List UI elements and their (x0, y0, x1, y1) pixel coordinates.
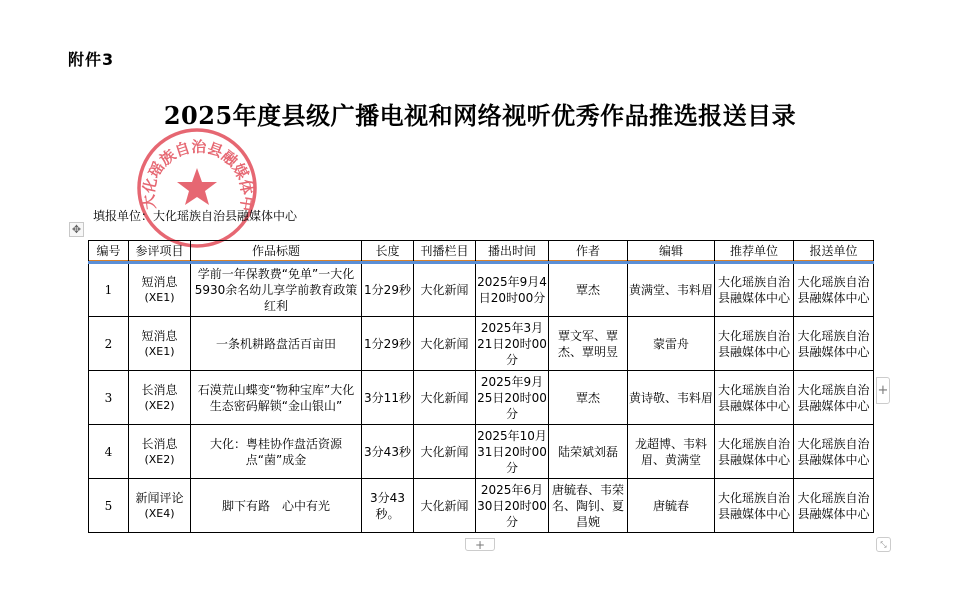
cell-no[interactable]: 3 (89, 371, 129, 425)
cell-length[interactable]: 3分43秒 (362, 425, 414, 479)
category-code: (XE1) (130, 344, 189, 360)
attachment-label: 附件3 (68, 47, 114, 70)
cell-recommender[interactable]: 大化瑶族自治县融媒体中心 (715, 263, 794, 317)
category-name: 新闻评论 (130, 490, 189, 506)
cell-length[interactable]: 3分43秒。 (362, 479, 414, 533)
cell-category[interactable]: 短消息(XE1) (129, 263, 191, 317)
header-author: 作者 (549, 241, 628, 263)
table-row: 3 长消息(XE2) 石漠荒山蝶变“物种宝库”大化生态密码解锁“金山银山” 3分… (89, 371, 874, 425)
cell-title[interactable]: 学前一年保教费“免单”一大化5930余名幼儿享学前教育政策红利 (191, 263, 362, 317)
cell-length[interactable]: 1分29秒 (362, 263, 414, 317)
cell-title[interactable]: 石漠荒山蝶变“物种宝库”大化生态密码解锁“金山银山” (191, 371, 362, 425)
category-name: 短消息 (130, 328, 189, 344)
add-row-button[interactable]: + (465, 538, 495, 551)
cell-length[interactable]: 1分29秒 (362, 317, 414, 371)
cell-author[interactable]: 覃文军、覃杰、覃明昱 (549, 317, 628, 371)
cell-column[interactable]: 大化新闻 (414, 371, 476, 425)
svg-text:大化瑶族自治县融媒体中心: 大化瑶族自治县融媒体中心 (135, 126, 256, 213)
category-code: (XE4) (130, 506, 189, 522)
cell-column[interactable]: 大化新闻 (414, 317, 476, 371)
cell-submitter[interactable]: 大化瑶族自治县融媒体中心 (794, 371, 874, 425)
cell-no[interactable]: 2 (89, 317, 129, 371)
cell-no[interactable]: 4 (89, 425, 129, 479)
table-row: 2 短消息(XE1) 一条机耕路盘活百亩田 1分29秒 大化新闻 2025年3月… (89, 317, 874, 371)
table-resize-handle-icon[interactable]: ⤡ (876, 537, 891, 552)
cell-category[interactable]: 短消息(XE1) (129, 317, 191, 371)
table-row: 1 短消息(XE1) 学前一年保教费“免单”一大化5930余名幼儿享学前教育政策… (89, 263, 874, 317)
table-move-handle-icon[interactable]: ✥ (69, 222, 84, 237)
cell-category[interactable]: 新闻评论(XE4) (129, 479, 191, 533)
cell-submitter[interactable]: 大化瑶族自治县融媒体中心 (794, 479, 874, 533)
header-category: 参评项目 (129, 241, 191, 263)
category-code: (XE2) (130, 452, 189, 468)
official-seal-icon: 大化瑶族自治县融媒体中心 (135, 126, 259, 250)
cell-air-time[interactable]: 2025年3月21日20时00分 (476, 317, 549, 371)
cell-column[interactable]: 大化新闻 (414, 479, 476, 533)
cell-author[interactable]: 覃杰 (549, 371, 628, 425)
cell-submitter[interactable]: 大化瑶族自治县融媒体中心 (794, 425, 874, 479)
category-code: (XE2) (130, 398, 189, 414)
header-editor: 编辑 (628, 241, 715, 263)
cell-editor[interactable]: 黄满堂、韦料眉 (628, 263, 715, 317)
cell-air-time[interactable]: 2025年9月25日20时00分 (476, 371, 549, 425)
cell-submitter[interactable]: 大化瑶族自治县融媒体中心 (794, 317, 874, 371)
header-column: 刊播栏目 (414, 241, 476, 263)
catalog-table: 编号 参评项目 作品标题 长度 刊播栏目 播出时间 作者 编辑 推荐单位 报送单… (88, 240, 874, 533)
cell-recommender[interactable]: 大化瑶族自治县融媒体中心 (715, 425, 794, 479)
header-length: 长度 (362, 241, 414, 263)
cell-air-time[interactable]: 2025年9月4日20时00分 (476, 263, 549, 317)
cell-editor[interactable]: 龙超博、韦料眉、黄满堂 (628, 425, 715, 479)
cell-air-time[interactable]: 2025年6月30日20时00分 (476, 479, 549, 533)
cell-author[interactable]: 唐毓春、韦荣名、陶钊、夏昌婉 (549, 479, 628, 533)
cell-recommender[interactable]: 大化瑶族自治县融媒体中心 (715, 479, 794, 533)
cell-author[interactable]: 陆荣斌刘磊 (549, 425, 628, 479)
category-name: 长消息 (130, 436, 189, 452)
table-row: 5 新闻评论(XE4) 脚下有路 心中有光 3分43秒。 大化新闻 2025年6… (89, 479, 874, 533)
cell-title[interactable]: 大化：粤桂协作盘活资源点“菌”成金 (191, 425, 362, 479)
header-no: 编号 (89, 241, 129, 263)
cell-column[interactable]: 大化新闻 (414, 425, 476, 479)
category-name: 长消息 (130, 382, 189, 398)
table-row: 4 长消息(XE2) 大化：粤桂协作盘活资源点“菌”成金 3分43秒 大化新闻 … (89, 425, 874, 479)
cell-column[interactable]: 大化新闻 (414, 263, 476, 317)
category-code: (XE1) (130, 290, 189, 306)
cell-category[interactable]: 长消息(XE2) (129, 425, 191, 479)
cell-title[interactable]: 一条机耕路盘活百亩田 (191, 317, 362, 371)
document-title: 2025年度县级广播电视和网络视听优秀作品推选报送目录 (160, 96, 800, 131)
cell-editor[interactable]: 黄诗敬、韦料眉 (628, 371, 715, 425)
cell-no[interactable]: 1 (89, 263, 129, 317)
category-name: 短消息 (130, 274, 189, 290)
add-column-button[interactable]: + (876, 377, 890, 404)
header-submitter: 报送单位 (794, 241, 874, 263)
cell-editor[interactable]: 蒙雷舟 (628, 317, 715, 371)
cell-no[interactable]: 5 (89, 479, 129, 533)
filler-unit-label: 填报单位：大化瑶族自治县融媒体中心 (93, 207, 297, 224)
header-recommender: 推荐单位 (715, 241, 794, 263)
cell-author[interactable]: 覃杰 (549, 263, 628, 317)
cell-editor[interactable]: 唐毓春 (628, 479, 715, 533)
table-header-row: 编号 参评项目 作品标题 长度 刊播栏目 播出时间 作者 编辑 推荐单位 报送单… (89, 241, 874, 263)
cell-air-time[interactable]: 2025年10月31日20时00分 (476, 425, 549, 479)
cell-title[interactable]: 脚下有路 心中有光 (191, 479, 362, 533)
cell-recommender[interactable]: 大化瑶族自治县融媒体中心 (715, 317, 794, 371)
header-title: 作品标题 (191, 241, 362, 263)
header-air-time: 播出时间 (476, 241, 549, 263)
cell-category[interactable]: 长消息(XE2) (129, 371, 191, 425)
cell-submitter[interactable]: 大化瑶族自治县融媒体中心 (794, 263, 874, 317)
cell-recommender[interactable]: 大化瑶族自治县融媒体中心 (715, 371, 794, 425)
cell-length[interactable]: 3分11秒 (362, 371, 414, 425)
